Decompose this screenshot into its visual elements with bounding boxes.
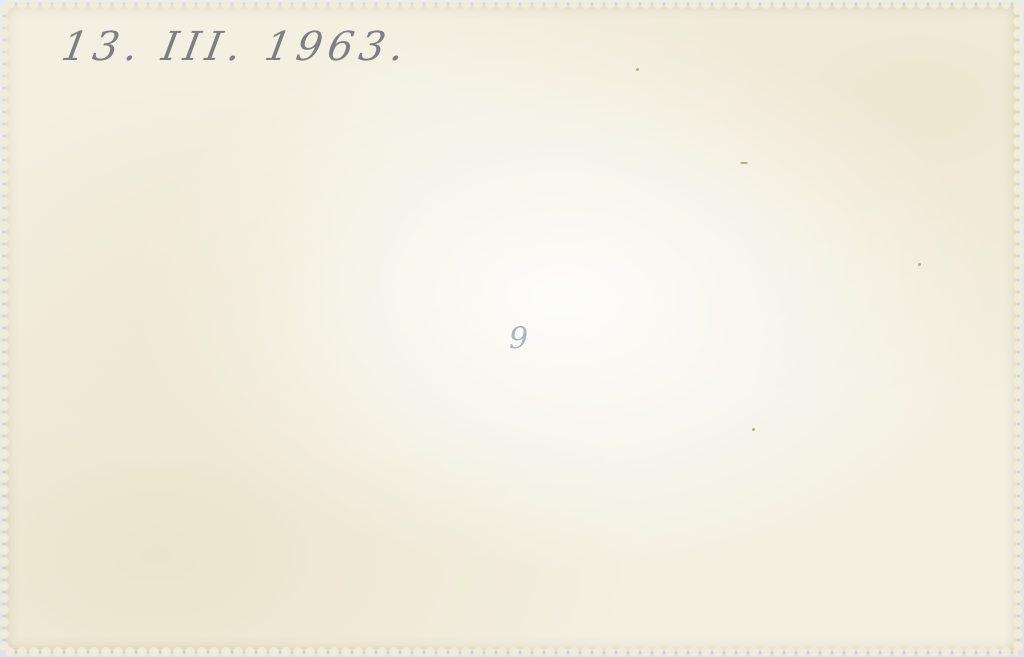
paper-speck [752, 428, 755, 431]
handwritten-date: 13. III. 1963. [58, 24, 414, 70]
paper-speck [636, 68, 639, 71]
paper-speck [918, 263, 921, 266]
paper-speck [740, 162, 748, 164]
handwritten-number: 6 [503, 318, 528, 353]
